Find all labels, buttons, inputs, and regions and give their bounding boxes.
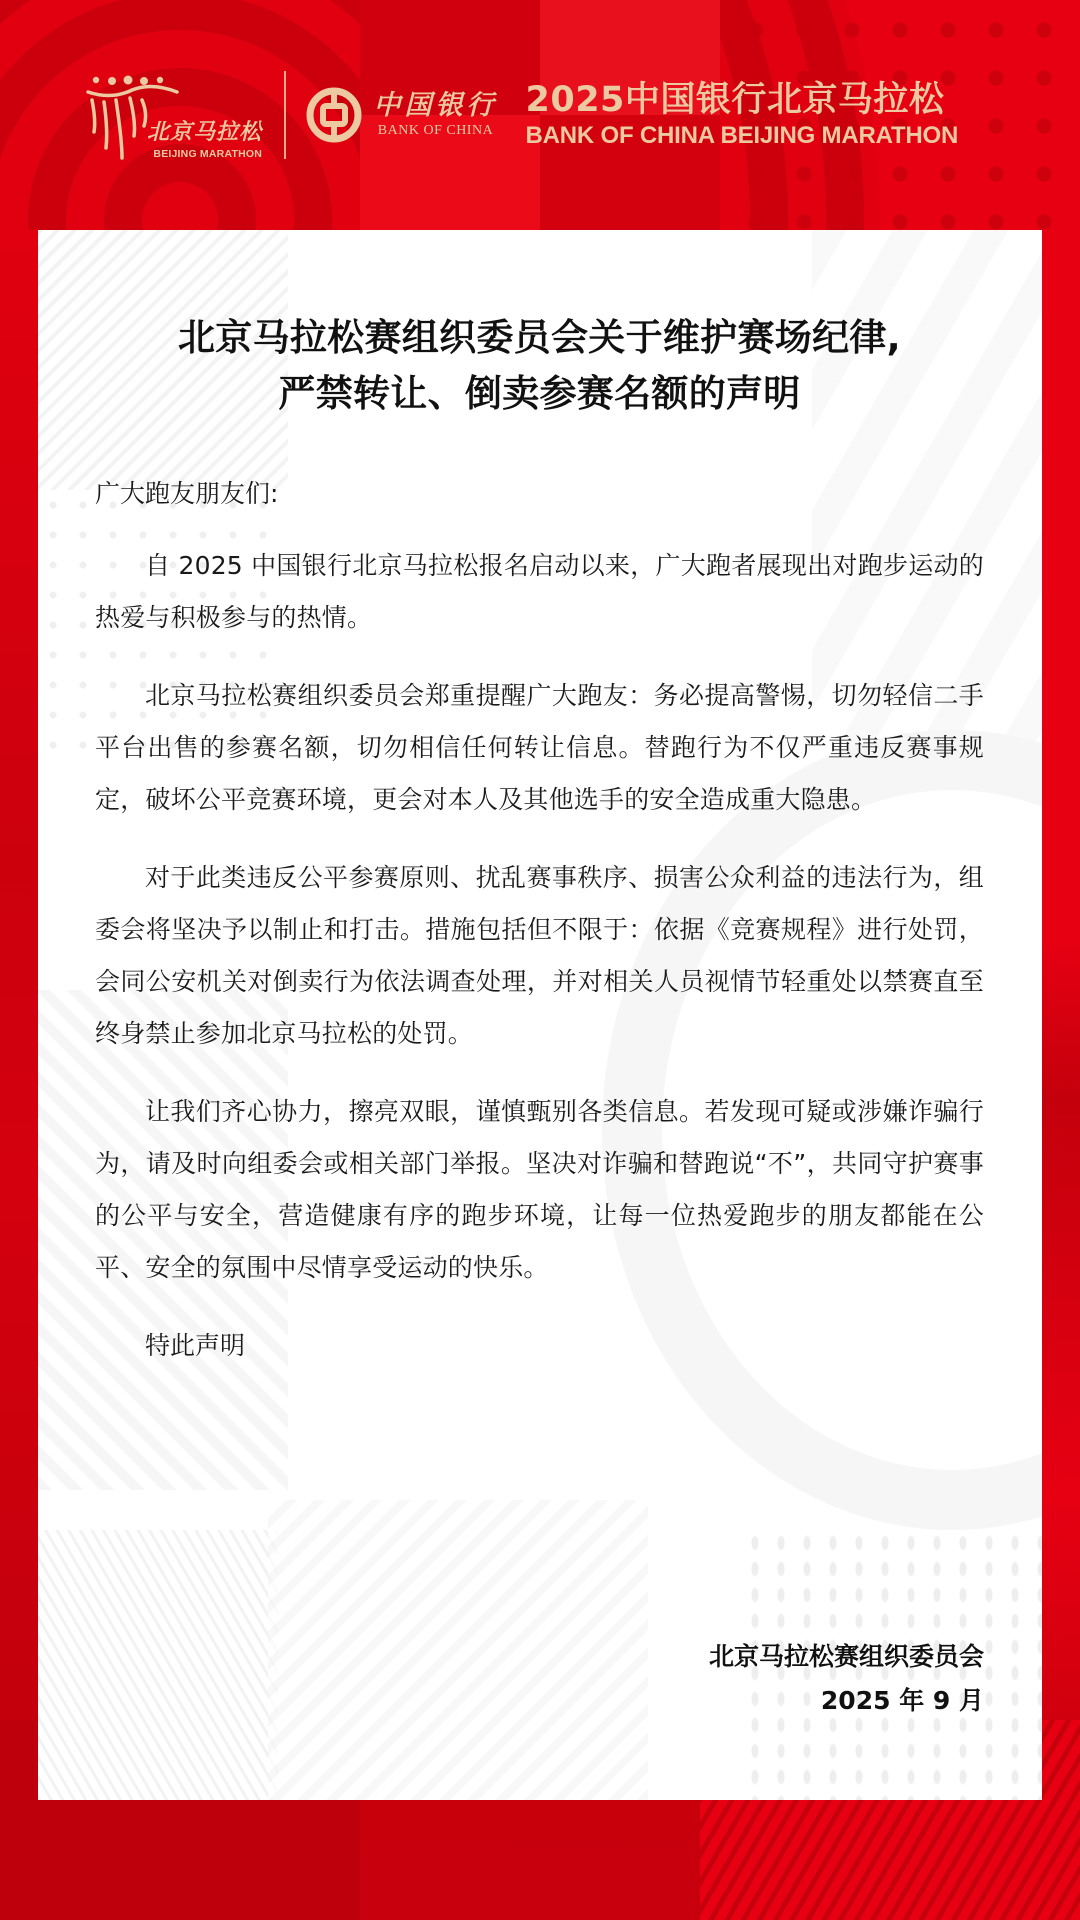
salutation: 广大跑友朋友们: bbox=[95, 474, 984, 514]
background-right-band bbox=[1042, 230, 1080, 1810]
bank-of-china-logo: 中国银行 BANK OF CHINA bbox=[306, 87, 498, 143]
paragraph-3: 对于此类违反公平参赛原则、扰乱赛事秩序、损害公众利益的违法行为，组委会将坚决予以… bbox=[95, 852, 984, 1060]
event-title-en: BANK OF CHINA BEIJING MARATHON bbox=[526, 121, 959, 151]
statement-title-line-2: 严禁转让、倒卖参赛名额的声明 bbox=[278, 372, 800, 415]
bank-of-china-cn: 中国银行 bbox=[374, 91, 498, 121]
beijing-marathon-logo: 北京马拉松 BEIJING MARATHON bbox=[82, 70, 262, 160]
logo-divider bbox=[284, 71, 286, 159]
signature-date: 2025 年 9 月 bbox=[709, 1679, 984, 1723]
bank-of-china-coin-icon bbox=[306, 87, 362, 143]
paragraph-4: 让我们齐心协力，擦亮双眼，谨慎甄别各类信息。若发现可疑或涉嫌诈骗行为，请及时向组… bbox=[95, 1086, 984, 1294]
bank-of-china-en: BANK OF CHINA bbox=[378, 123, 493, 139]
event-title: 2025中国银行北京马拉松 BANK OF CHINA BEIJING MARA… bbox=[526, 79, 959, 151]
card-bottom-chevrons bbox=[268, 1500, 648, 1800]
paragraph-1: 自 2025 中国银行北京马拉松报名启动以来，广大跑者展现出对跑步运动的热爱与积… bbox=[95, 540, 984, 644]
background-left-band bbox=[0, 230, 38, 1810]
runners-figure-icon bbox=[82, 70, 182, 160]
statement-title: 北京马拉松赛组织委员会关于维护赛场纪律, 严禁转让、倒卖参赛名额的声明 bbox=[95, 310, 984, 422]
signature-block: 北京马拉松赛组织委员会 2025 年 9 月 bbox=[709, 1635, 984, 1723]
statement-card: 北京马拉松赛组织委员会关于维护赛场纪律, 严禁转让、倒卖参赛名额的声明 广大跑友… bbox=[38, 230, 1042, 1800]
closing-statement: 特此声明 bbox=[95, 1320, 984, 1372]
statement-title-line-1: 北京马拉松赛组织委员会关于维护赛场纪律, bbox=[178, 316, 901, 359]
signature-organization: 北京马拉松赛组织委员会 bbox=[709, 1635, 984, 1679]
paragraph-2: 北京马拉松赛组织委员会郑重提醒广大跑友：务必提高警惕，切勿轻信二手平台出售的参赛… bbox=[95, 670, 984, 826]
card-bottom-left-stripes bbox=[38, 1530, 278, 1800]
header-banner: 北京马拉松 BEIJING MARATHON 中国银行 BANK OF CHIN… bbox=[0, 0, 1080, 230]
statement-body: 北京马拉松赛组织委员会关于维护赛场纪律, 严禁转让、倒卖参赛名额的声明 广大跑友… bbox=[38, 230, 1042, 1372]
event-title-cn: 2025中国银行北京马拉松 bbox=[526, 79, 959, 121]
